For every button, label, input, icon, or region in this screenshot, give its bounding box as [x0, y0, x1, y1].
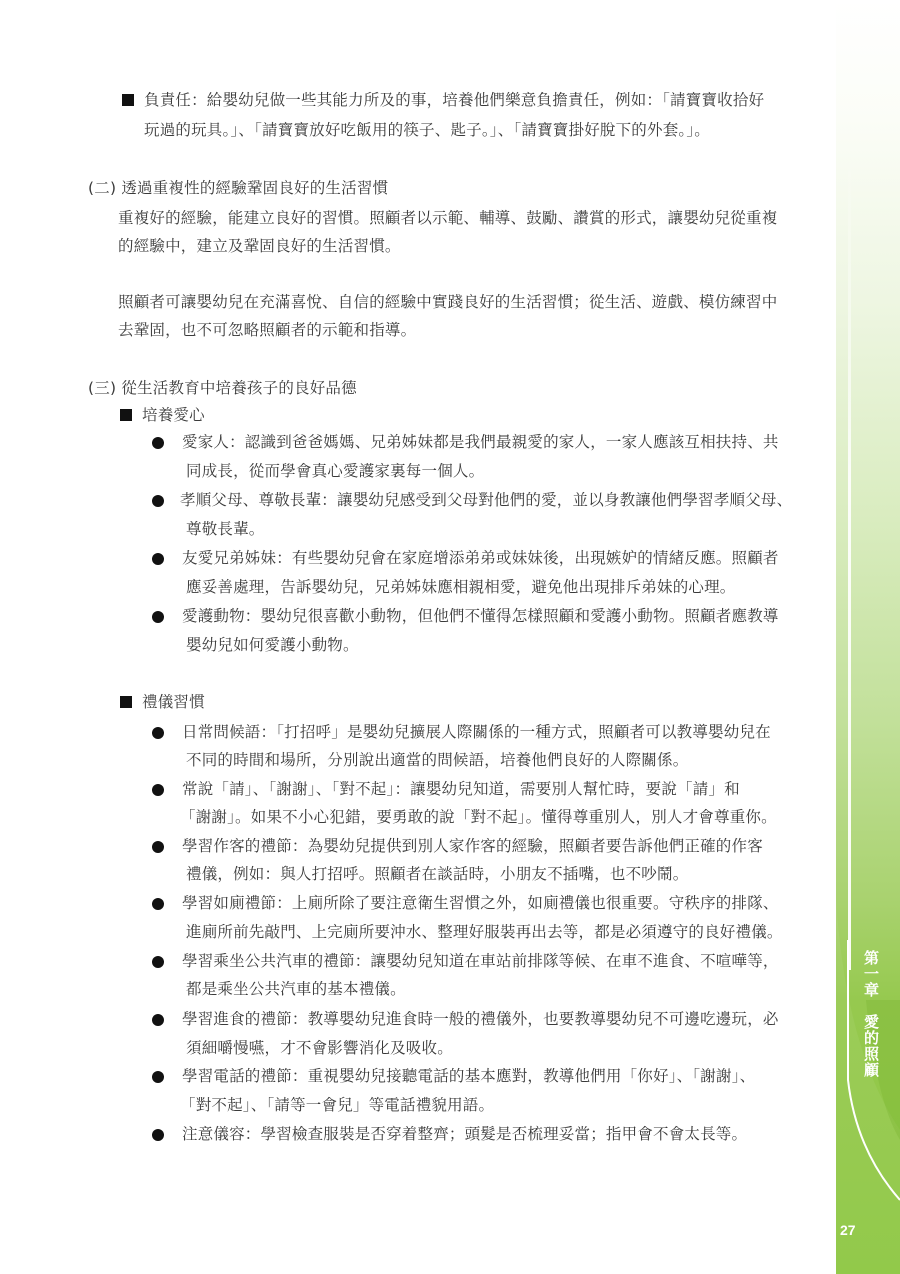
etiquette-item-4-line-2: 進廁所前先敲門、上完廁所要沖水、整理好服裝再出去等，都是必須遵守的良好禮儀。 — [186, 922, 783, 942]
sidebar-arc-decoration — [836, 0, 900, 1274]
square-bullet-icon — [120, 409, 132, 421]
round-bullet-icon — [152, 898, 164, 910]
round-bullet-icon — [152, 611, 164, 623]
etiquette-item-1-line-2: 不同的時間和場所，分別說出適當的問候語，培養他們良好的人際關係。 — [186, 750, 688, 770]
section-heading-3: (三) 從生活教育中培養孩子的良好品德 — [88, 378, 357, 398]
caring-item-1-line-1: 愛家人：認識到爸爸媽媽、兄弟姊妹都是我們最親愛的家人，一家人應該互相扶持、共 — [182, 432, 779, 452]
round-bullet-icon — [152, 437, 164, 449]
etiquette-item-5-line-1: 學習乘坐公共汽車的禮節：讓嬰幼兒知道在車站前排隊等候、在車不進食、不喧嘩等， — [182, 951, 779, 971]
square-bullet-icon — [122, 94, 134, 106]
caring-item-3-line-2: 應妥善處理，告訴嬰幼兒，兄弟姊妹應相親相愛，避免他出現排斥弟妹的心理。 — [186, 577, 736, 597]
group-title-text: 禮儀習慣 — [142, 693, 205, 711]
chapter-sidebar: 第一章 愛的照顧 27 — [836, 0, 900, 1274]
etiquette-item-3-line-2: 禮儀，例如：與人打招呼。照顧者在談話時，小朋友不插嘴，也不吵鬧。 — [186, 864, 688, 884]
round-bullet-icon — [152, 841, 164, 853]
section2-paragraph-1-line-2: 的經驗中，建立及鞏固良好的生活習慣。 — [118, 236, 401, 256]
round-bullet-icon — [152, 784, 164, 796]
group-title-caring: 培養愛心 — [120, 405, 205, 425]
etiquette-item-3-line-1: 學習作客的禮節：為嬰幼兒提供到別人家作客的經驗，照顧者要告訴他們正確的作客 — [182, 836, 763, 856]
section2-paragraph-2-line-2: 去鞏固，也不可忽略照顧者的示範和指導。 — [118, 320, 416, 340]
round-bullet-icon — [152, 1071, 164, 1083]
round-bullet-icon — [152, 1129, 164, 1141]
etiquette-item-7-line-1: 學習電話的禮節：重視嬰幼兒接聽電話的基本應對，教導他們用「你好」、「謝謝」、 — [182, 1066, 755, 1086]
etiquette-item-4-line-1: 學習如廁禮節：上廁所除了要注意衛生習慣之外，如廁禮儀也很重要。守秩序的排隊、 — [182, 893, 779, 913]
caring-item-3-line-1: 友愛兄弟姊妹：有些嬰幼兒會在家庭增添弟弟或妹妹後，出現嫉妒的情緒反應。照顧者 — [182, 548, 779, 568]
round-bullet-icon — [152, 727, 164, 739]
etiquette-item-5-line-2: 都是乘坐公共汽車的基本禮儀。 — [186, 979, 406, 999]
chapter-label: 第一章 愛的照顧 — [860, 950, 880, 1078]
caring-item-4-line-1: 愛護動物：嬰幼兒很喜歡小動物，但他們不懂得怎樣照顧和愛護小動物。照顧者應教導 — [182, 606, 779, 626]
etiquette-item-6-line-2: 須細嚼慢嚥，才不會影響消化及吸收。 — [186, 1038, 453, 1058]
section-heading-2: (二) 透過重複性的經驗鞏固良好的生活習慣 — [88, 178, 388, 198]
page-number: 27 — [840, 1222, 856, 1238]
etiquette-item-7-line-2: 「對不起」、「請等一會兒」等電話禮貌用語。 — [180, 1095, 494, 1115]
page-content: 負責任：給嬰幼兒做一些其能力所及的事，培養他們樂意負擔責任，例如：「請寶寶收拾好… — [0, 0, 836, 1274]
round-bullet-icon — [152, 956, 164, 968]
round-bullet-icon — [152, 495, 164, 507]
square-bullet-icon — [120, 696, 132, 708]
caring-item-1-line-2: 同成長，從而學會真心愛護家裏每一個人。 — [186, 461, 484, 481]
top-item-text: 負責任：給嬰幼兒做一些其能力所及的事，培養他們樂意負擔責任，例如：「請寶寶收拾好 — [144, 91, 764, 109]
etiquette-item-2-line-1: 常說「請」、「謝謝」、「對不起」：讓嬰幼兒知道，需要別人幫忙時，要說「請」和 — [182, 779, 740, 799]
caring-item-2-line-2: 尊敬長輩。 — [186, 519, 265, 539]
caring-item-2-line-1: 孝順父母、尊敬長輩：讓嬰幼兒感受到父母對他們的愛，並以身教讓他們學習孝順父母、 — [180, 490, 792, 510]
section2-paragraph-1-line-1: 重複好的經驗，能建立良好的習慣。照顧者以示範、輔導、鼓勵、讚賞的形式，讓嬰幼兒從… — [118, 208, 777, 228]
top-item-line-2: 玩過的玩具。」、「請寶寶放好吃飯用的筷子、匙子。」、「請寶寶掛好脫下的外套。」。 — [144, 120, 710, 140]
group-title-text: 培養愛心 — [142, 406, 205, 424]
etiquette-item-8-line-1: 注意儀容：學習檢查服裝是否穿着整齊；頭髮是否梳理妥當；指甲會不會太長等。 — [182, 1124, 747, 1144]
round-bullet-icon — [152, 1014, 164, 1026]
section2-paragraph-2-line-1: 照顧者可讓嬰幼兒在充滿喜悅、自信的經驗中實踐良好的生活習慣；從生活、遊戲、模仿練… — [118, 292, 777, 312]
etiquette-item-6-line-1: 學習進食的禮節：教導嬰幼兒進食時一般的禮儀外，也要教導嬰幼兒不可邊吃邊玩，必 — [182, 1009, 779, 1029]
etiquette-item-2-line-2: 「謝謝」。如果不小心犯錯，要勇敢的說「對不起」。懂得尊重別人，別人才會尊重你。 — [180, 807, 777, 827]
etiquette-item-1-line-1: 日常問候語：「打招呼」是嬰幼兒擴展人際關係的一種方式，照顧者可以教導嬰幼兒在 — [182, 722, 771, 742]
group-title-etiquette: 禮儀習慣 — [120, 692, 205, 712]
caring-item-4-line-2: 嬰幼兒如何愛護小動物。 — [186, 635, 359, 655]
document-page: 負責任：給嬰幼兒做一些其能力所及的事，培養他們樂意負擔責任，例如：「請寶寶收拾好… — [0, 0, 900, 1274]
top-item-line-1: 負責任：給嬰幼兒做一些其能力所及的事，培養他們樂意負擔責任，例如：「請寶寶收拾好 — [122, 90, 764, 110]
round-bullet-icon — [152, 553, 164, 565]
